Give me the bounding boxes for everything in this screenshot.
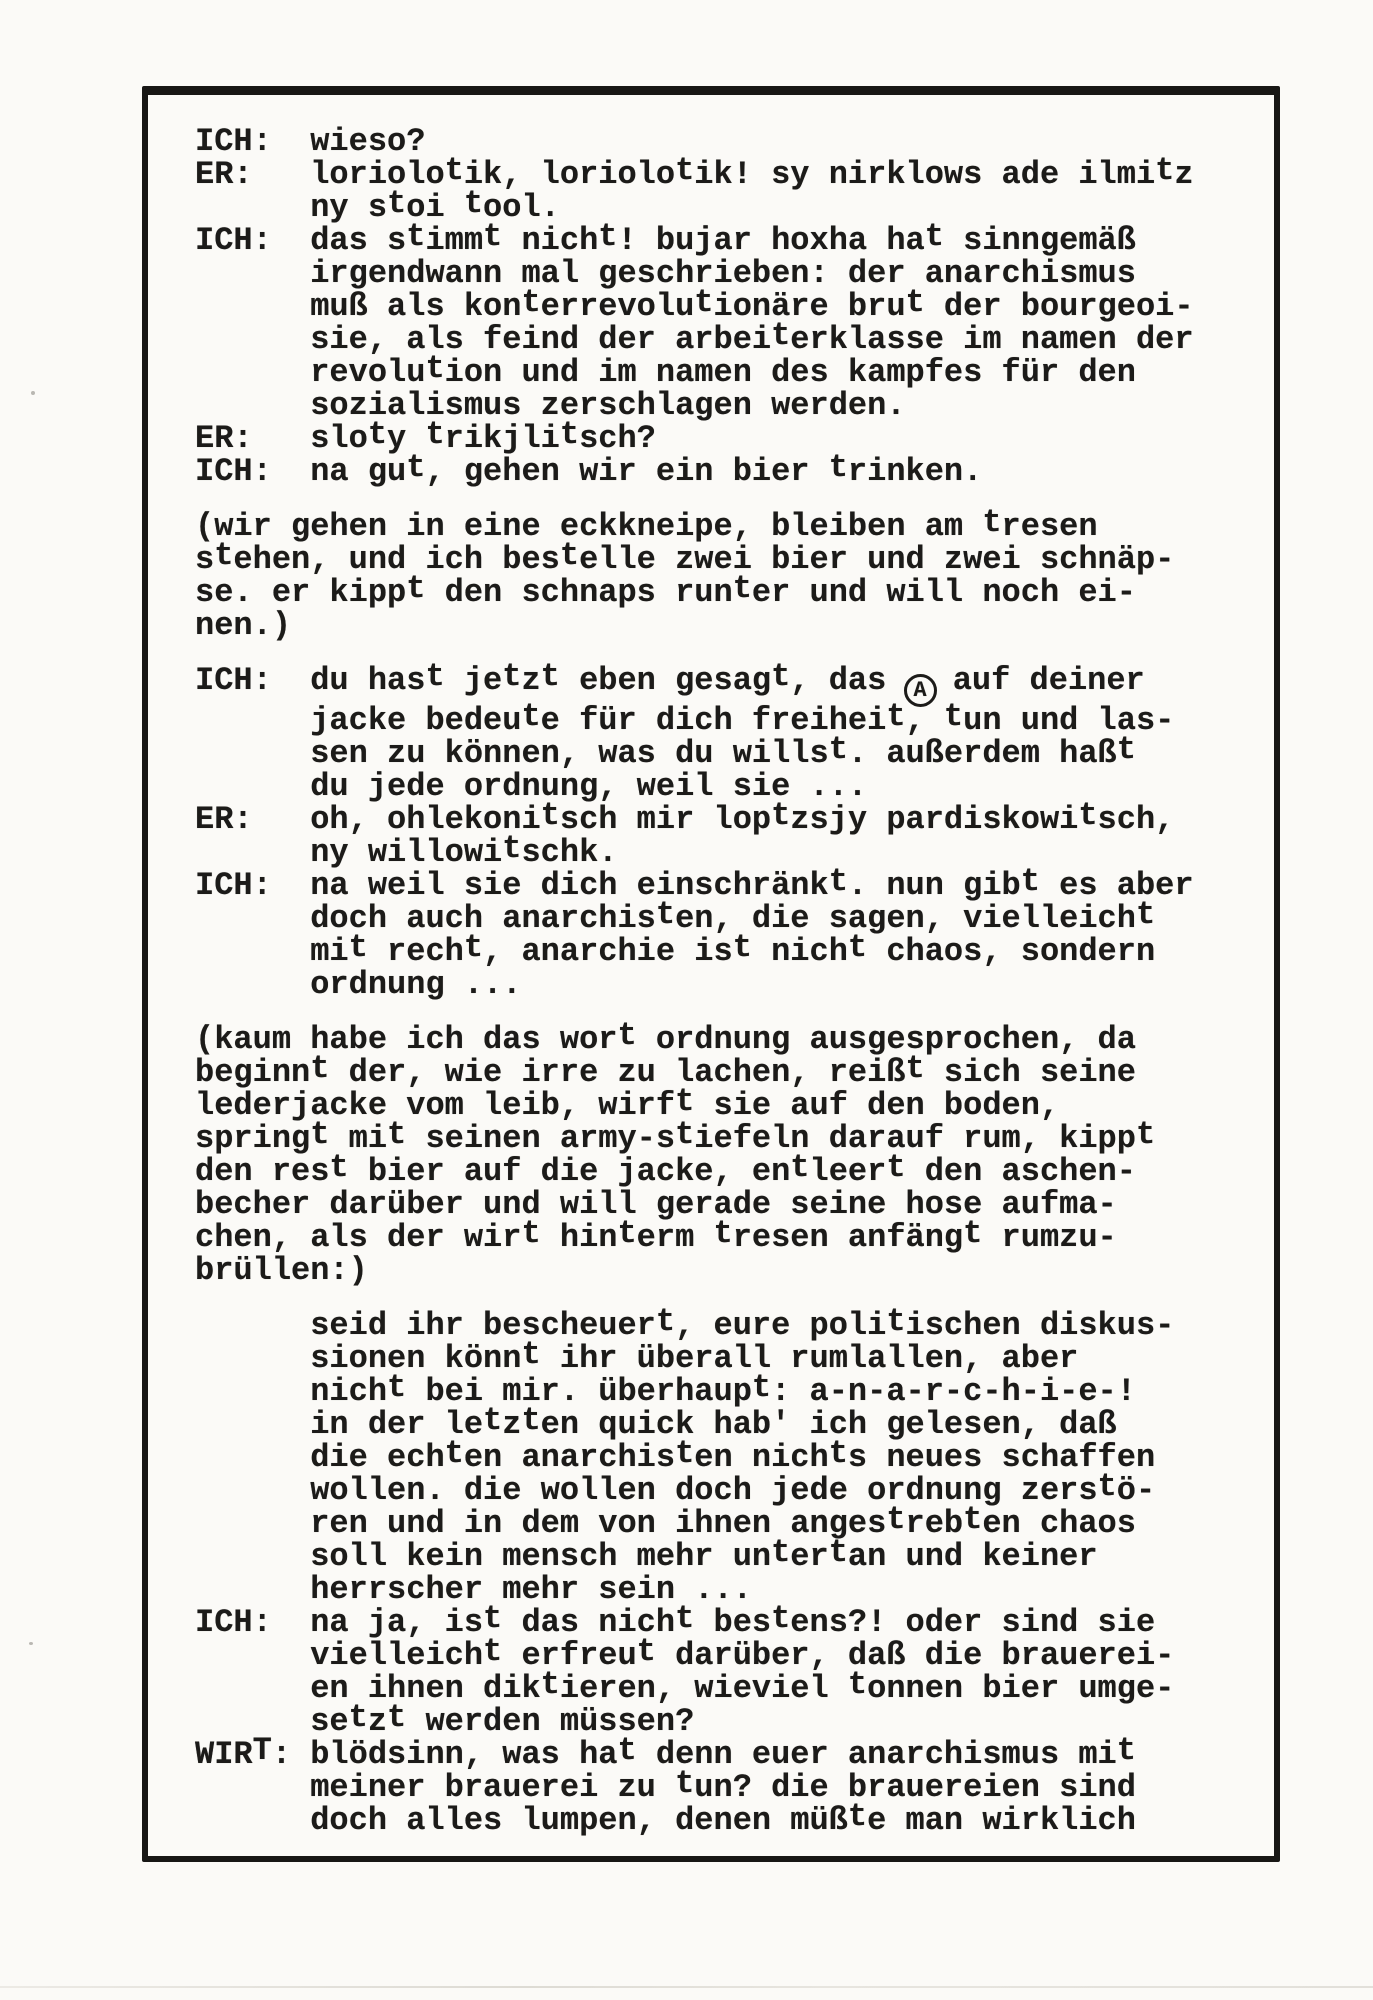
dialogue-line: irgendwann mal geschrieben: der anarchis… [310,257,1193,290]
raised-t-glyph: t [464,185,483,222]
raised-t-glyph: t [617,1017,636,1054]
raised-t-glyph: t [906,1050,925,1087]
dialogue-entry: ICH:du hast jetzt eben gesagt, das A auf… [195,664,1238,803]
raised-t-glyph: t [963,1215,982,1252]
raised-t-glyph: t [1117,1732,1136,1769]
raised-t-glyph: t [445,152,464,189]
dialogue-line: sionen könnt ihr überall rumlallen, aber [310,1342,1174,1375]
stage-direction: (wir gehen in eine eckkneipe, bleiben am… [195,510,1238,642]
raised-t-glyph: t [848,1666,867,1703]
raised-t-glyph: t [310,1116,329,1153]
stage-line: (kaum habe ich das wort ordnung ausgespr… [195,1023,1238,1056]
anarchy-circle-a-symbol: A [904,674,937,707]
dialogue-line: en ihnen diktieren, wieviel tonnen bier … [310,1672,1174,1705]
raised-t-glyph: T [253,1732,272,1769]
raised-t-glyph: t [349,929,368,966]
dialogue-entry: ER:loriolotik, loriolotik! sy nirklows a… [195,158,1238,224]
speaker-label: ICH: [195,869,310,902]
dialogue-entry: ER:oh, ohlekonitsch mir loptzsjy pardisk… [195,803,1238,869]
raised-t-glyph: t [425,658,444,695]
raised-t-glyph: t [521,1336,540,1373]
dialogue-line: setzt werden müssen? [310,1705,1174,1738]
stage-line: beginnt der, wie irre zu lachen, reißt s… [195,1056,1238,1089]
raised-t-glyph: t [829,449,848,486]
raised-t-glyph: t [675,1765,694,1802]
raised-t-glyph: t [771,658,790,695]
dialogue-entry: ICH:na weil sie dich einschränkt. nun gi… [195,869,1238,1001]
raised-t-glyph: t [310,1050,329,1087]
raised-t-glyph: t [829,1435,848,1472]
raised-t-glyph: t [1117,731,1136,768]
raised-t-glyph: t [675,1116,694,1153]
raised-t-glyph: t [790,1149,809,1186]
dialogue-line: sloty trikjlitsch? [310,422,656,455]
raised-t-glyph: t [406,218,425,255]
raised-t-glyph: t [713,1215,732,1252]
raised-t-glyph: t [541,658,560,695]
dialogue-line: loriolotik, loriolotik! sy nirklows ade … [310,158,1193,191]
raised-t-glyph: t [483,1402,502,1439]
dialogue-line: herrscher mehr sein ... [310,1573,1174,1606]
raised-t-glyph: t [637,1633,656,1670]
raised-t-glyph: t [1136,1116,1155,1153]
raised-t-glyph: t [675,1083,694,1120]
raised-t-glyph: t [1155,152,1174,189]
scanned-page: ICH:wieso?ER:loriolotik, loriolotik! sy … [0,0,1373,2000]
raised-t-glyph: t [886,1149,905,1186]
stage-line: chen, als der wirt hinterm tresen anfäng… [195,1221,1238,1254]
dialogue-block: ICH:du hast jetzt eben gesagt, das A auf… [195,664,1238,1001]
raised-t-glyph: t [387,1116,406,1153]
dialogue-line: in der letzten quick hab' ich gelesen, d… [310,1408,1174,1441]
dialogue-lines: blödsinn, was hat denn euer anarchismus … [310,1738,1136,1837]
dialogue-entry: ICH:na ja, ist das nicht bestens?! oder … [195,1606,1238,1738]
dialogue-line: vielleicht erfreut darüber, daß die brau… [310,1639,1174,1672]
raised-t-glyph: t [848,929,867,966]
raised-t-glyph: t [944,698,963,735]
raised-t-glyph: t [617,1215,636,1252]
raised-t-glyph: t [675,152,694,189]
stage-line: den rest bier auf die jacke, entleert de… [195,1155,1238,1188]
stage-line: springt mit seinen army-stiefeln darauf … [195,1122,1238,1155]
speaker-label: WIRT: [195,1738,310,1771]
dialogue-lines: oh, ohlekonitsch mir loptzsjy pardiskowi… [310,803,1174,869]
raised-t-glyph: t [982,504,1001,541]
raised-t-glyph: t [521,284,540,321]
dialogue-line: mit recht, anarchie ist nicht chaos, son… [310,935,1193,968]
dialogue-line: wollen. die wollen doch jede ordnung zer… [310,1474,1174,1507]
raised-t-glyph: t [464,929,483,966]
raised-t-glyph: t [521,698,540,735]
dialogue-line: muß als konterrevolutionäre brut der bou… [310,290,1193,323]
raised-t-glyph: t [368,416,387,453]
raised-t-glyph: t [963,1501,982,1538]
dialogue-line: meiner brauerei zu tun? die brauereien s… [310,1771,1136,1804]
dialogue-line: du jede ordnung, weil sie ... [310,770,1174,803]
dialogue-line: ordnung ... [310,968,1193,1001]
raised-t-glyph: t [675,1435,694,1472]
raised-t-glyph: t [694,284,713,321]
raised-t-glyph: t [445,1435,464,1472]
stage-line: (wir gehen in eine eckkneipe, bleiben am… [195,510,1238,543]
raised-t-glyph: t [925,218,944,255]
raised-t-glyph: t [349,1699,368,1736]
raised-t-glyph: t [886,1501,905,1538]
raised-t-glyph: t [483,218,502,255]
dialogue-line: ny willowitschk. [310,836,1174,869]
raised-t-glyph: t [906,284,925,321]
speaker-label: ICH: [195,125,310,158]
raised-t-glyph: t [387,1699,406,1736]
scan-artifact-line [0,1986,1373,1988]
raised-t-glyph: t [656,896,675,933]
scan-speck [29,1642,33,1645]
raised-t-glyph: t [829,863,848,900]
raised-t-glyph: t [1098,1468,1117,1505]
raised-t-glyph: t [752,1369,771,1406]
dialogue-lines: seid ihr bescheuert, eure politischen di… [310,1309,1174,1606]
dialogue-line: soll kein mensch mehr untertan und keine… [310,1540,1174,1573]
raised-t-glyph: t [598,218,617,255]
dialogue-block: ICH:wieso?ER:loriolotik, loriolotik! sy … [195,125,1238,488]
dialogue-lines: na weil sie dich einschränkt. nun gibt e… [310,869,1193,1001]
raised-t-glyph: t [521,1402,540,1439]
page-border-frame: ICH:wieso?ER:loriolotik, loriolotik! sy … [142,86,1280,1862]
dialogue-line: nicht bei mir. überhaupt: a-n-a-r-c-h-i-… [310,1375,1174,1408]
dialogue-line: ren und in dem von ihnen angestrebten ch… [310,1507,1174,1540]
speaker-label: ICH: [195,455,310,488]
stage-line: brüllen:) [195,1254,1238,1287]
dialogue-entry: seid ihr bescheuert, eure politischen di… [195,1309,1238,1606]
dialogue-line: wieso? [310,125,425,158]
dialogue-entry: ICH:wieso? [195,125,1238,158]
raised-t-glyph: t [771,317,790,354]
dialogue-line: doch alles lumpen, denen müßte man wirkl… [310,1804,1136,1837]
dialogue-line: sen zu können, was du willst. außerdem h… [310,737,1174,770]
stage-line: nen.) [195,609,1238,642]
dialogue-lines: sloty trikjlitsch? [310,422,656,455]
raised-t-glyph: t [406,570,425,607]
raised-t-glyph: t [406,449,425,486]
dialogue-line: die echten anarchisten nichts neues scha… [310,1441,1174,1474]
dialogue-lines: na ja, ist das nicht bestens?! oder sind… [310,1606,1174,1738]
dialogue-line: oh, ohlekonitsch mir loptzsjy pardiskowi… [310,803,1174,836]
raised-t-glyph: t [1021,863,1040,900]
dialogue-lines: das stimmt nicht! bujar hoxha hat sinnge… [310,224,1193,422]
dialogue-entry: ICH:na gut, gehen wir ein bier trinken. [195,455,1238,488]
speaker-label: ER: [195,158,310,191]
speaker-label: ER: [195,803,310,836]
dialogue-line: ny stoi tool. [310,191,1193,224]
raised-t-glyph: t [675,1600,694,1637]
raised-t-glyph: t [1136,896,1155,933]
dialogue-line: du hast jetzt eben gesagt, das A auf dei… [310,664,1174,704]
speaker-label: ICH: [195,224,310,257]
stage-line: lederjacke vom leib, wirft sie auf den b… [195,1089,1238,1122]
dialogue-entry: WIRT:blödsinn, was hat denn euer anarchi… [195,1738,1238,1837]
dialogue-lines: na gut, gehen wir ein bier trinken. [310,455,982,488]
dialogue-line: seid ihr bescheuert, eure politischen di… [310,1309,1174,1342]
raised-t-glyph: t [771,1600,790,1637]
raised-t-glyph: t [329,1149,348,1186]
dialogue-line: na gut, gehen wir ein bier trinken. [310,455,982,488]
raised-t-glyph: t [502,830,521,867]
raised-t-glyph: t [214,537,233,574]
raised-t-glyph: t [521,1215,540,1252]
dialogue-line: jacke bedeute für dich freiheit, tun und… [310,704,1174,737]
raised-t-glyph: t [425,350,444,387]
raised-t-glyph: t [771,797,790,834]
raised-t-glyph: t [425,416,444,453]
raised-t-glyph: t [656,1303,675,1340]
raised-t-glyph: t [1078,797,1097,834]
stage-line: se. er kippt den schnaps runter und will… [195,576,1238,609]
dialogue-line: blödsinn, was hat denn euer anarchismus … [310,1738,1136,1771]
raised-t-glyph: t [387,185,406,222]
raised-t-glyph: t [886,698,905,735]
raised-t-glyph: t [829,1534,848,1571]
raised-t-glyph: t [541,797,560,834]
raised-t-glyph: t [387,1369,406,1406]
raised-t-glyph: t [560,537,579,574]
document-body: ICH:wieso?ER:loriolotik, loriolotik! sy … [195,125,1238,1837]
raised-t-glyph: t [483,1600,502,1637]
raised-t-glyph: t [502,658,521,695]
raised-t-glyph: t [848,1798,867,1835]
speaker-label: ER: [195,422,310,455]
dialogue-lines: loriolotik, loriolotik! sy nirklows ade … [310,158,1193,224]
raised-t-glyph: t [733,570,752,607]
raised-t-glyph: t [483,1633,502,1670]
dialogue-line: revolution und im namen des kampfes für … [310,356,1193,389]
raised-t-glyph: t [541,1666,560,1703]
stage-direction: (kaum habe ich das wort ordnung ausgespr… [195,1023,1238,1287]
raised-t-glyph: t [560,416,579,453]
speaker-label: ICH: [195,664,310,697]
raised-t-glyph: t [886,1303,905,1340]
speaker-label: ICH: [195,1606,310,1639]
dialogue-line: na ja, ist das nicht bestens?! oder sind… [310,1606,1174,1639]
dialogue-lines: wieso? [310,125,425,158]
scan-speck [31,391,35,395]
dialogue-lines: du hast jetzt eben gesagt, das A auf dei… [310,664,1174,803]
dialogue-line: na weil sie dich einschränkt. nun gibt e… [310,869,1193,902]
raised-t-glyph: t [771,1534,790,1571]
dialogue-entry: ICH:das stimmt nicht! bujar hoxha hat si… [195,224,1238,422]
stage-line: stehen, und ich bestelle zwei bier und z… [195,543,1238,576]
dialogue-block: seid ihr bescheuert, eure politischen di… [195,1309,1238,1837]
raised-t-glyph: t [617,1732,636,1769]
raised-t-glyph: t [733,929,752,966]
dialogue-entry: ER:sloty trikjlitsch? [195,422,1238,455]
raised-t-glyph: t [829,731,848,768]
dialogue-line: das stimmt nicht! bujar hoxha hat sinnge… [310,224,1193,257]
